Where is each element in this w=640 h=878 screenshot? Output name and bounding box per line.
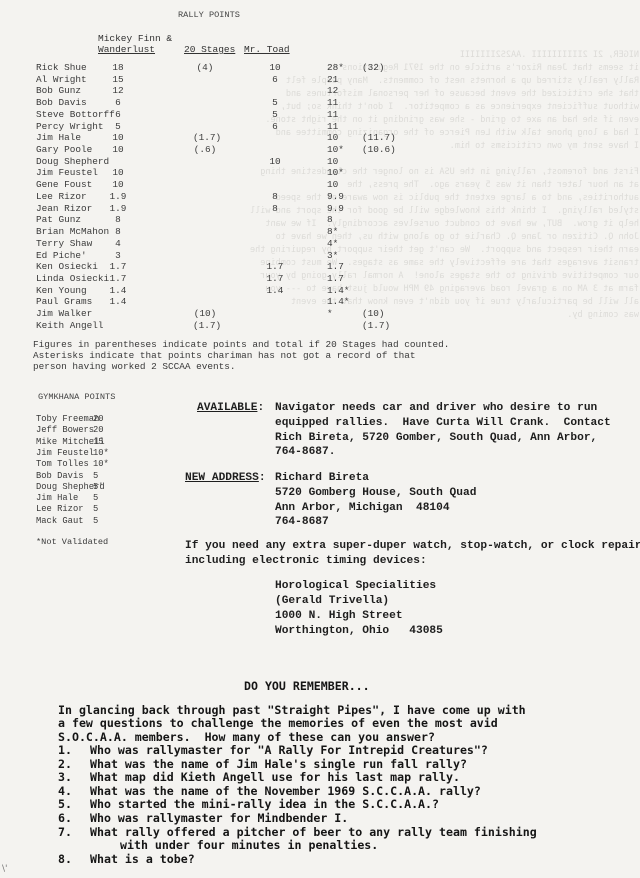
address-line: 5720 Gomberg House, South Quad <box>275 487 476 500</box>
cell-mfw: 1.9 <box>106 203 130 214</box>
cell-mfw: 10 <box>106 179 130 190</box>
question-number: 7. <box>58 826 72 839</box>
cell-toad: 10 <box>263 62 287 73</box>
available-label: AVAILABLE: <box>197 402 264 415</box>
cell-points: 10* <box>93 448 109 458</box>
horological-line: Worthington, Ohio 43085 <box>275 625 443 638</box>
question-text: What was the name of Jim Hale's single r… <box>90 758 467 771</box>
cell-stages: (1.7) <box>193 132 217 143</box>
cell-name: Jim Feustel <box>36 167 98 178</box>
cell-name: Doug Shepherd <box>36 156 109 167</box>
cell-name: Bob Gunz <box>36 85 81 96</box>
address-line: Ann Arbor, Michigan 48104 <box>275 502 450 515</box>
cell-total: 12 <box>327 85 338 96</box>
cell-name: Steve Bottorff <box>36 109 115 120</box>
cell-name: Pat Gunz <box>36 214 81 225</box>
cell-name: Rick Shue <box>36 62 87 73</box>
question-text: What map did Kieth Angell use for his la… <box>90 771 460 784</box>
cell-toad: 6 <box>263 74 287 85</box>
cell-name: Ken Osiecki <box>36 261 98 272</box>
cell-name: Brian McMahon <box>36 226 109 237</box>
cell-toad: 1.4 <box>263 285 287 296</box>
question-number: 5. <box>58 798 72 811</box>
cell-total: 10 <box>327 156 338 167</box>
intro-line: a few questions to challenge the memorie… <box>58 717 498 730</box>
cell-mfw: 5 <box>106 121 130 132</box>
cell-mfw: 15 <box>106 74 130 85</box>
cell-name: Gene Foust <box>36 179 92 190</box>
repair-line: If you need any extra super-duper watch,… <box>185 540 640 553</box>
cell-toad: 5 <box>263 97 287 108</box>
bleed-through-text: NIGER, 2I 2IIIIIIIIII .AA2S2IIIIIII it s… <box>250 36 639 335</box>
address-line: Richard Bireta <box>275 472 369 485</box>
cell-stages: (10) <box>193 308 217 319</box>
cell-alt-total: (11.7) <box>362 132 396 143</box>
cell-alt-total: (10.6) <box>362 144 396 155</box>
available-line: 764-8687. <box>275 446 335 459</box>
cell-name: Mack Gaut <box>36 516 84 526</box>
cell-total: 9.9 <box>327 191 344 202</box>
cell-mfw: 1.9 <box>106 191 130 202</box>
cell-name: Lee Rizor <box>36 191 87 202</box>
cell-stages: (1.7) <box>193 320 217 331</box>
question-number: 3. <box>58 771 72 784</box>
cell-toad: 1.7 <box>263 273 287 284</box>
cell-mfw: 1.7 <box>106 261 130 272</box>
page-mark: \' <box>2 864 8 874</box>
cell-alt-total: (32) <box>362 62 385 73</box>
cell-total: 11 <box>327 109 338 120</box>
cell-name: Jim Feustel <box>36 448 94 458</box>
cell-stages: (4) <box>193 62 217 73</box>
col-head-mfw-1: Mickey Finn & <box>98 33 172 44</box>
cell-mfw: 18 <box>106 62 130 73</box>
cell-mfw: 6 <box>106 97 130 108</box>
cell-name: Al Wright <box>36 74 87 85</box>
cell-toad: 10 <box>263 156 287 167</box>
cell-total: 11 <box>327 121 338 132</box>
cell-total: 8 <box>327 214 333 225</box>
cell-points: 5 <box>93 504 98 514</box>
horological-line: Horological Specialities <box>275 580 436 593</box>
cell-toad: 8 <box>263 203 287 214</box>
cell-total: 9.9 <box>327 203 344 214</box>
cell-total: 3* <box>327 250 338 261</box>
question-text: Who was rallymaster for Mindbender I. <box>90 812 348 825</box>
cell-name: Gary Poole <box>36 144 92 155</box>
cell-name: Terry Shaw <box>36 238 92 249</box>
cell-name: Paul Grams <box>36 296 92 307</box>
cell-total: 21 <box>327 74 338 85</box>
question-text: What was the name of the November 1969 S… <box>90 785 481 798</box>
question-text-continued: with under four minutes in penalties. <box>120 839 378 852</box>
cell-mfw: 4 <box>106 238 130 249</box>
cell-name: Toby Freeman <box>36 414 99 424</box>
cell-points: 5 <box>93 516 98 526</box>
repair-line: including electronic timing devices: <box>185 555 427 568</box>
cell-name: Tom Tolles <box>36 459 89 469</box>
cell-name: Bob Davis <box>36 97 87 108</box>
cell-points: 10* <box>93 459 109 469</box>
question-text: What is a tobe? <box>90 853 195 866</box>
available-line: equipped rallies. Have Curta Will Crank.… <box>275 417 611 430</box>
cell-points: 5 <box>93 493 98 503</box>
cell-name: Jim Walker <box>36 308 92 319</box>
col-head-20-stages: 20 Stages <box>184 44 235 55</box>
new-address-label: NEW ADDRESS: <box>185 472 266 485</box>
cell-name: Linda Osiecki <box>36 273 109 284</box>
cell-name: Ken Young <box>36 285 87 296</box>
question-text: Who was rallymaster for "A Rally For Int… <box>90 744 488 757</box>
cell-total: 11 <box>327 97 338 108</box>
horological-line: (Gerald Trivella) <box>275 595 389 608</box>
cell-alt-total: (10) <box>362 308 385 319</box>
cell-total: 28* <box>327 62 344 73</box>
cell-total: * <box>327 308 333 319</box>
question-number: 8. <box>58 853 72 866</box>
cell-mfw: 1.4 <box>106 296 130 307</box>
question-number: 6. <box>58 812 72 825</box>
cell-total: 10* <box>327 144 344 155</box>
cell-total: 10* <box>327 167 344 178</box>
available-line: Rich Bireta, 5720 Gomber, South Quad, An… <box>275 432 597 445</box>
rally-footnote-3: person having worked 2 SCCAA events. <box>33 361 236 372</box>
cell-alt-total: (1.7) <box>362 320 390 331</box>
col-head-mr-toad: Mr. Toad <box>244 44 290 55</box>
question-text: Who started the mini-rally idea in the S… <box>90 798 439 811</box>
cell-total: 4* <box>327 238 338 249</box>
cell-total: 10 <box>327 179 338 190</box>
cell-points: 20 <box>93 414 104 424</box>
scanned-page: NIGER, 2I 2IIIIIIIIII .AA2S2IIIIIII it s… <box>0 0 640 878</box>
cell-name: Jean Rizor <box>36 203 92 214</box>
cell-total: 1.4* <box>327 285 350 296</box>
cell-name: Lee Rizor <box>36 504 84 514</box>
horological-line: 1000 N. High Street <box>275 610 403 623</box>
cell-toad: 8 <box>263 191 287 202</box>
cell-mfw: 8 <box>106 226 130 237</box>
cell-total: 1.4* <box>327 296 350 307</box>
cell-name: Keith Angell <box>36 320 104 331</box>
intro-line: In glancing back through past "Straight … <box>58 704 526 717</box>
question-number: 2. <box>58 758 72 771</box>
cell-points: 15 <box>93 437 104 447</box>
cell-name: Ed Piche' <box>36 250 87 261</box>
cell-mfw: 3 <box>106 250 130 261</box>
rally-points-title: RALLY POINTS <box>178 10 240 20</box>
cell-mfw: 10 <box>106 132 130 143</box>
cell-mfw: 6 <box>106 109 130 120</box>
cell-name: Jeff Bowers <box>36 425 94 435</box>
cell-toad: 6 <box>263 121 287 132</box>
cell-points: 5' <box>93 482 104 492</box>
cell-toad: 5 <box>263 109 287 120</box>
address-line: 764-8687 <box>275 516 329 529</box>
cell-total: 10 <box>327 132 338 143</box>
cell-mfw: 10 <box>106 167 130 178</box>
question-number: 1. <box>58 744 72 757</box>
cell-points: 20 <box>93 425 104 435</box>
cell-mfw: 10 <box>106 144 130 155</box>
cell-name: Bob Davis <box>36 471 84 481</box>
cell-name: Jim Hale <box>36 132 81 143</box>
rally-footnote-2: Asterisks indicate that points chariman … <box>33 350 416 361</box>
available-line: Navigator needs car and driver who desir… <box>275 402 597 415</box>
gymkhana-footnote: *Not Validated <box>36 537 108 547</box>
cell-total: 1.7 <box>327 273 344 284</box>
cell-points: 5 <box>93 471 98 481</box>
rally-footnote-1: Figures in parentheses indicate points a… <box>33 339 449 350</box>
cell-mfw: 1.4 <box>106 285 130 296</box>
cell-total: 1.7 <box>327 261 344 272</box>
do-you-remember-title: DO YOU REMEMBER... <box>244 680 370 693</box>
cell-total: 8* <box>327 226 338 237</box>
gymkhana-points-title: GYMKHANA POINTS <box>38 392 115 402</box>
cell-mfw: 8 <box>106 214 130 225</box>
question-text: What rally offered a pitcher of beer to … <box>90 826 537 839</box>
cell-stages: (.6) <box>193 144 217 155</box>
cell-mfw: 1.7 <box>106 273 130 284</box>
cell-name: Percy Wright <box>36 121 104 132</box>
cell-name: Jim Hale <box>36 493 78 503</box>
col-head-mfw-2: Wanderlust <box>98 44 155 55</box>
cell-toad: 1.7 <box>263 261 287 272</box>
question-number: 4. <box>58 785 72 798</box>
cell-mfw: 12 <box>106 85 130 96</box>
